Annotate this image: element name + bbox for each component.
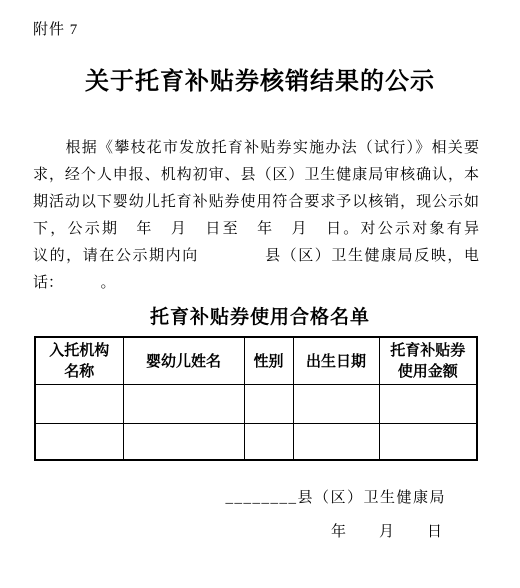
table-row: [35, 424, 477, 460]
table-title: 托育补贴券使用合格名单: [0, 302, 520, 329]
table-cell: [293, 424, 379, 460]
header-institution-name: 入托机构 名称: [35, 337, 123, 385]
table-cell: [244, 385, 293, 424]
table-cell: [379, 385, 477, 424]
body-paragraph: 根据《攀枝花市发放托育补贴券实施办法（试行）》相关要 求，经个人申报、机构初审、…: [33, 135, 479, 297]
date-line: 年 月 日: [331, 520, 443, 541]
body-line-2: 求，经个人申报、机构初审、县（区）卫生健康局审核确认，本: [33, 162, 479, 189]
document-title: 关于托育补贴券核销结果的公示: [0, 61, 520, 96]
body-line-5: 议的，请在公示期内向 县（区）卫生健康局反映，电: [33, 243, 479, 270]
table-cell: [123, 424, 244, 460]
table-row: [35, 385, 477, 424]
document-page: 附件 7 关于托育补贴券核销结果的公示 根据《攀枝花市发放托育补贴券实施办法（试…: [0, 0, 520, 588]
signature-line: ________县（区）卫生健康局: [225, 486, 446, 507]
table-header-row: 入托机构 名称 婴幼儿姓名 性别 出生日期 托育补贴券 使用金额: [35, 337, 477, 385]
roster-table: 入托机构 名称 婴幼儿姓名 性别 出生日期 托育补贴券 使用金额: [34, 336, 478, 461]
body-line-6: 话： 。: [33, 270, 479, 297]
attachment-label: 附件 7: [33, 18, 78, 39]
header-voucher-amount: 托育补贴券 使用金额: [379, 337, 477, 385]
signature-agency: 县（区）卫生健康局: [297, 490, 446, 506]
table-cell: [35, 385, 123, 424]
header-infant-name: 婴幼儿姓名: [123, 337, 244, 385]
header-birth-date: 出生日期: [293, 337, 379, 385]
table-cell: [35, 424, 123, 460]
signature-blank: ________: [225, 490, 297, 506]
body-line-3: 期活动以下婴幼儿托育补贴券使用符合要求予以核销，现公示如: [33, 189, 479, 216]
table-cell: [123, 385, 244, 424]
table-cell: [379, 424, 477, 460]
body-line-4: 下，公示期 年 月 日至 年 月 日。对公示对象有异: [33, 216, 479, 243]
table-cell: [244, 424, 293, 460]
header-gender: 性别: [244, 337, 293, 385]
table-cell: [293, 385, 379, 424]
body-line-1: 根据《攀枝花市发放托育补贴券实施办法（试行）》相关要: [33, 135, 479, 162]
